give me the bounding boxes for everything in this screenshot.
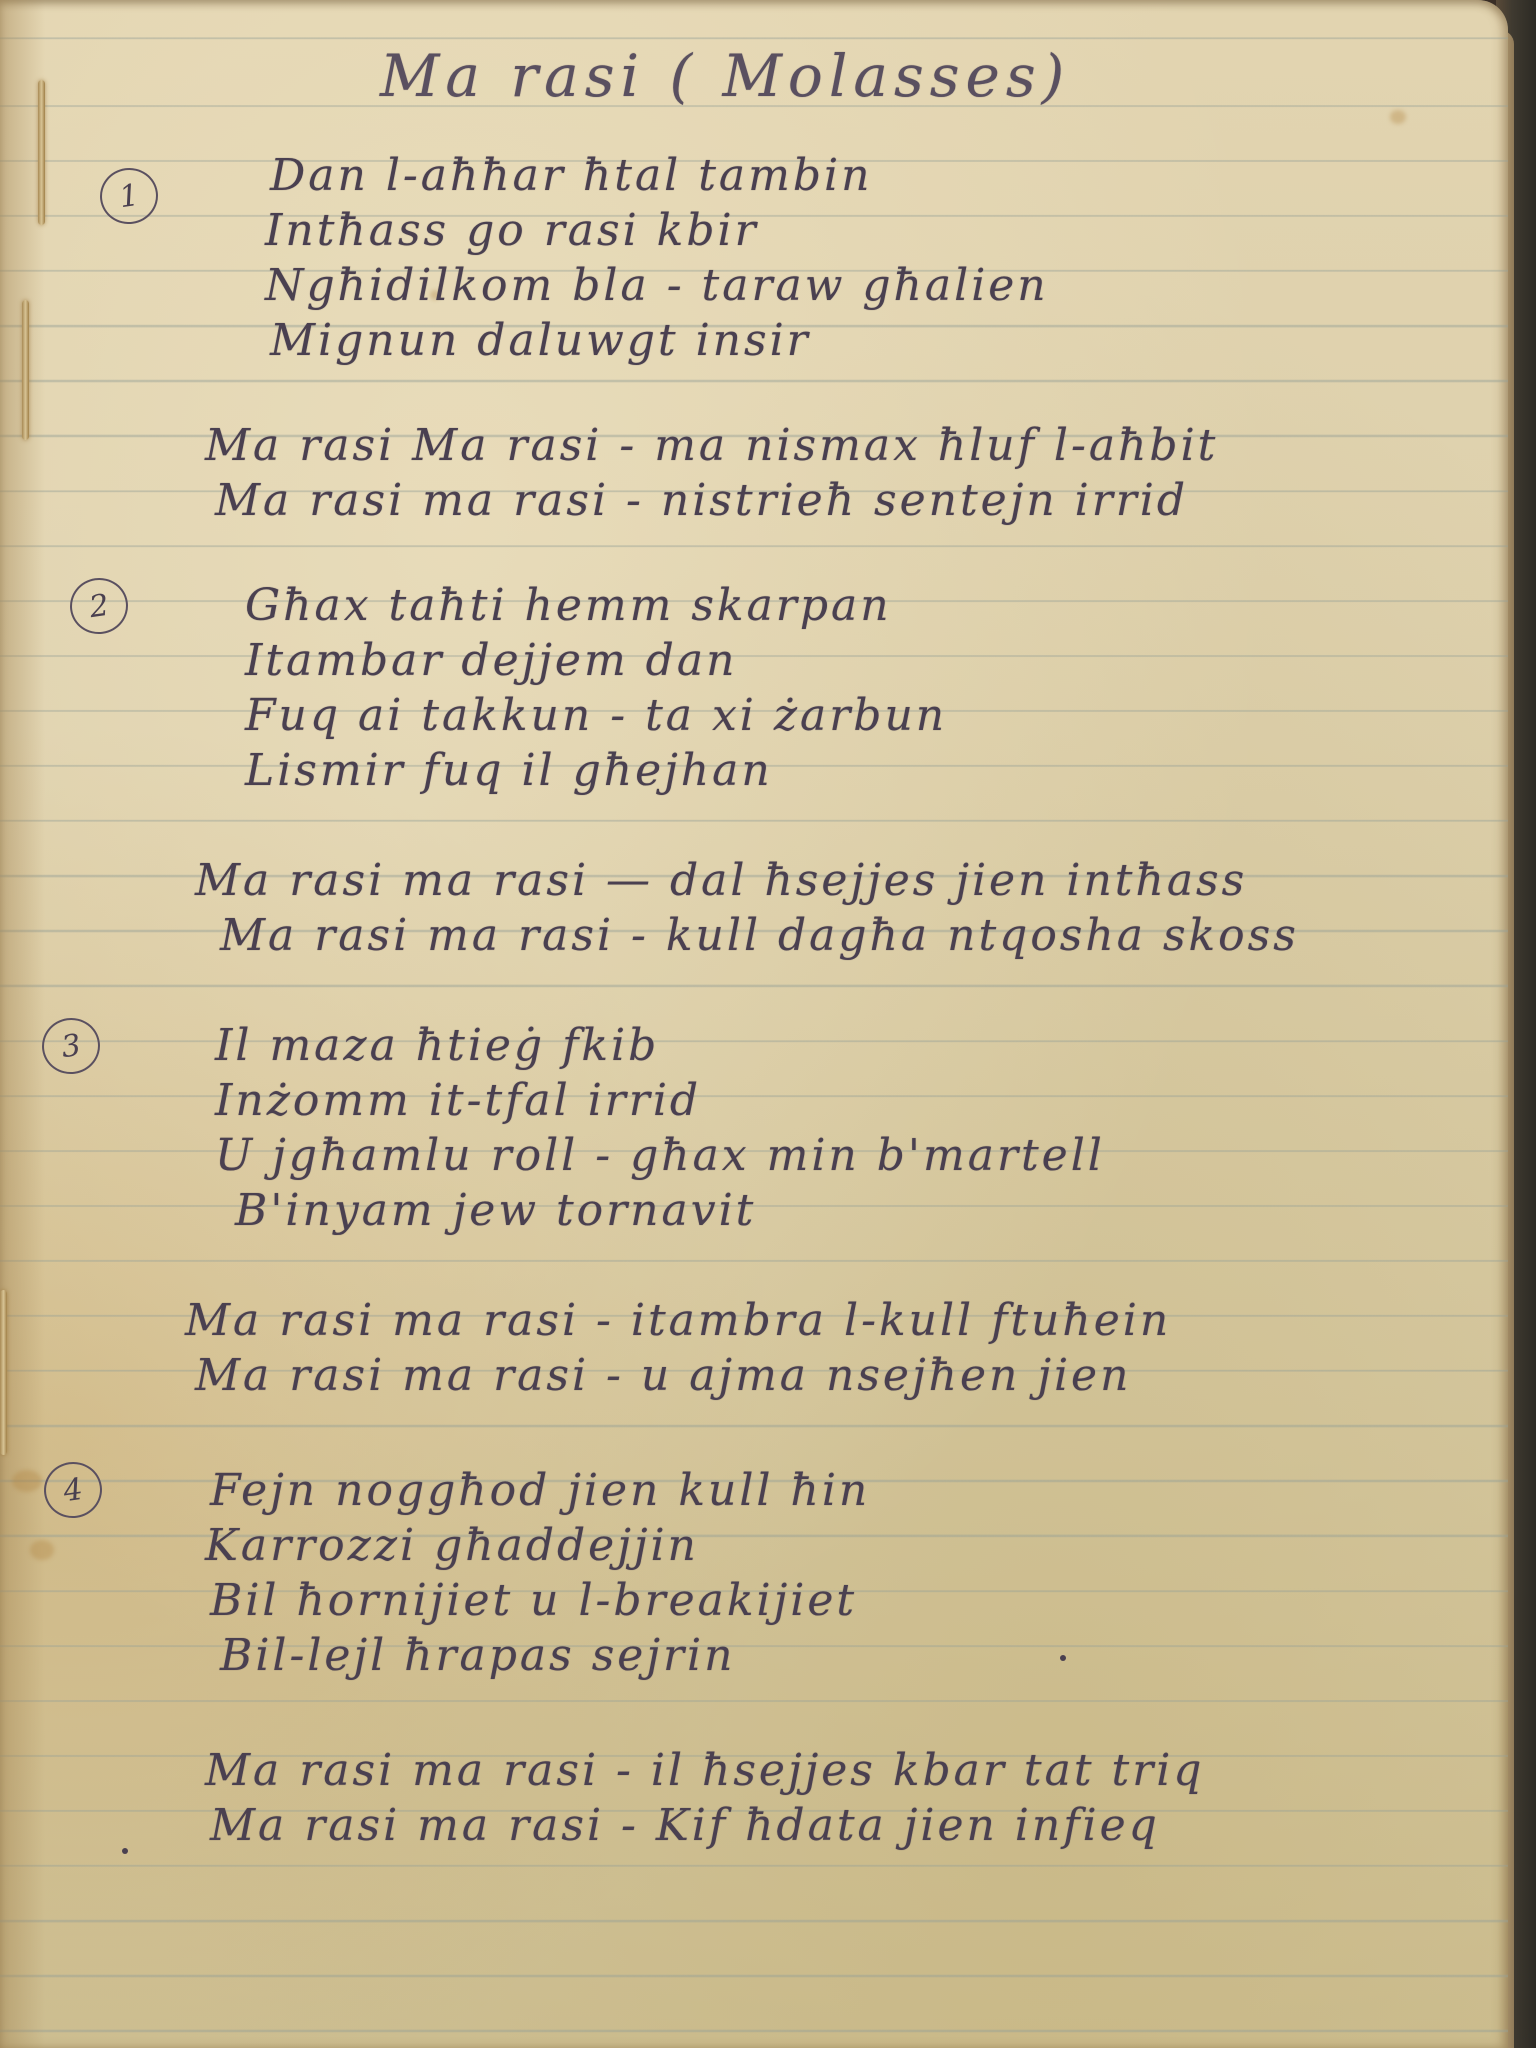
verse-4-line-2: Karrozzi għaddejjin bbox=[205, 1520, 699, 1571]
chorus-2-line-1: Ma rasi ma rasi — dal ħsejjes jien intħa… bbox=[195, 855, 1247, 906]
binding-stitch bbox=[22, 300, 29, 440]
notebook-page: Ma rasi ( Molasses) 1 Dan l-aħħar ħtal t… bbox=[0, 0, 1508, 2048]
verse-1-line-3: Ngħidilkom bla - taraw għalien bbox=[265, 260, 1049, 311]
song-title: Ma rasi ( Molasses) bbox=[380, 42, 1070, 110]
chorus-2-line-2: Ma rasi ma rasi - kull dagħa ntqosha sko… bbox=[220, 910, 1299, 961]
verse-number-4: 4 bbox=[40, 1458, 105, 1522]
verse-3-line-3: U jgħamlu roll - għax min b'martell bbox=[215, 1130, 1105, 1181]
verse-2-line-2: Itambar dejjem dan bbox=[245, 635, 737, 686]
binding-stitch bbox=[38, 80, 45, 225]
verse-3-line-2: Inżomm it-tfal irrid bbox=[215, 1075, 701, 1126]
verse-number-1: 1 bbox=[96, 164, 161, 228]
notebook-photo: Ma rasi ( Molasses) 1 Dan l-aħħar ħtal t… bbox=[0, 0, 1536, 2048]
chorus-4-line-1: Ma rasi ma rasi - il ħsejjes kbar tat tr… bbox=[205, 1745, 1204, 1796]
verse-2-line-4: Lismir fuq il għejhan bbox=[245, 745, 773, 796]
verse-1-line-2: Intħass go rasi kbir bbox=[265, 205, 759, 256]
verse-2-line-3: Fuq ai takkun - ta xi żarbun bbox=[245, 690, 947, 741]
verse-1-line-1: Dan l-aħħar ħtal tambin bbox=[270, 150, 872, 201]
verse-2-line-1: Għax taħti hemm skarpan bbox=[245, 580, 892, 631]
verse-number-2: 2 bbox=[66, 574, 131, 638]
verse-4-line-3: Bil ħornijiet u l-breakijiet bbox=[210, 1575, 857, 1626]
binding-stitch bbox=[0, 1290, 7, 1455]
chorus-4-line-2: Ma rasi ma rasi - Kif ħdata jien infieq bbox=[210, 1800, 1160, 1851]
verse-4-line-4: Bil-lejl ħrapas sejrin bbox=[220, 1630, 735, 1681]
chorus-1-line-2: Ma rasi ma rasi - nistrieħ sentejn irrid bbox=[215, 475, 1188, 526]
paper-stain bbox=[12, 1470, 42, 1492]
verse-3-line-1: Il maza ħtieġ fkib bbox=[215, 1020, 659, 1071]
chorus-3-line-2: Ma rasi ma rasi - u ajma nsejħen jien bbox=[195, 1350, 1131, 1401]
paper-stain bbox=[1390, 110, 1406, 124]
paper-stain bbox=[30, 1540, 54, 1560]
chorus-3-line-1: Ma rasi ma rasi - itambra l-kull ftuħein bbox=[185, 1295, 1171, 1346]
verse-3-line-4: B'inyam jew tornavit bbox=[235, 1185, 756, 1236]
ink-dot bbox=[1060, 1655, 1066, 1661]
verse-number-3: 3 bbox=[38, 1014, 103, 1078]
verse-4-line-1: Fejn noggħod jien kull ħin bbox=[210, 1465, 870, 1516]
verse-1-line-4: Mignun daluwgt insir bbox=[270, 315, 811, 366]
chorus-1-line-1: Ma rasi Ma rasi - ma nismax ħluf l-aħbit bbox=[205, 420, 1218, 471]
ink-dot bbox=[122, 1848, 128, 1854]
